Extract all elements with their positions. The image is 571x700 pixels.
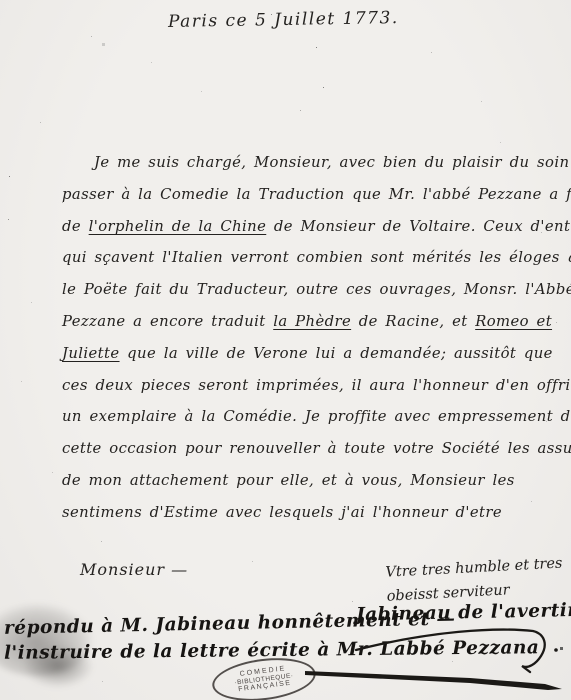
body-text: le Poëte fait du Traducteur, outre ces o… [62,281,571,298]
body-text: ces deux pieces seront imprimées, il aur… [62,377,571,394]
ink-stroke [305,671,562,690]
body-line: qui sçavent l'Italien verront combien so… [62,242,542,274]
body-line: ces deux pieces seront imprimées, il aur… [62,370,542,402]
salutation: Monsieur — [80,560,188,579]
body-line: passer à la Comedie la Traduction que Mr… [62,179,542,211]
underlined-phrase: Romeo et [475,313,552,330]
body-line: le Poëte fait du Traducteur, outre ces o… [62,274,542,306]
body-text: de Monsieur de Voltaire. Ceux d'entre vo… [266,218,571,235]
body-line: de mon attachement pour elle, et à vous,… [62,465,542,497]
body-text: cette occasion pour renouveller à toute … [62,440,571,457]
body-text: passer à la Comedie la Traduction que Mr… [62,186,571,203]
ink-smudge [0,604,92,676]
scanned-letter-page: Paris ce 5 Juillet 1773. Je me suis char… [0,0,571,700]
body-line: cette occasion pour renouveller à toute … [62,433,542,465]
body-text: Pezzane a encore traduit [62,313,273,330]
body-text: sentimens d'Estime avec lesquels j'ai l'… [62,504,502,521]
body-text: que la ville de Verone lui a demandée; a… [120,345,553,362]
body-text: de mon attachement pour elle, et à vous,… [62,472,515,489]
body-line: Pezzane a encore traduit la Phèdre de Ra… [62,306,542,338]
body-line: Je me suis chargé, Monsieur, avec bien d… [62,147,542,179]
underlined-phrase: Juliette [62,345,120,362]
dateline: Paris ce 5 Juillet 1773. [168,8,399,32]
paper-speckles [0,0,1,1]
flourish-dot [554,648,558,652]
annotation-note-right: Jabineau de l'avertir [356,600,571,626]
body-text: Je me suis chargé, Monsieur, avec bien d… [94,154,571,171]
body-line: un exemplaire à la Comédie. Je proffite … [62,401,542,433]
body-line: de l'orphelin de la Chine de Monsieur de… [62,211,542,243]
underlined-phrase: la Phèdre [273,313,351,330]
body-text: qui sçavent l'Italien verront combien so… [62,249,571,266]
underlined-phrase: l'orphelin de la Chine [89,218,267,235]
body-line: Juliette que la ville de Verone lui a de… [62,338,542,370]
body-line: sentimens d'Estime avec lesquels j'ai l'… [62,497,542,529]
body-text: un exemplaire à la Comédie. Je proffite … [62,408,571,425]
annotation-line-1: répondu à M. Jabineau honnêtement et — J… [4,606,570,639]
body-text: de [62,218,89,235]
body-text: de Racine, et [351,313,475,330]
letter-body: Je me suis chargé, Monsieur, avec bien d… [62,147,542,529]
